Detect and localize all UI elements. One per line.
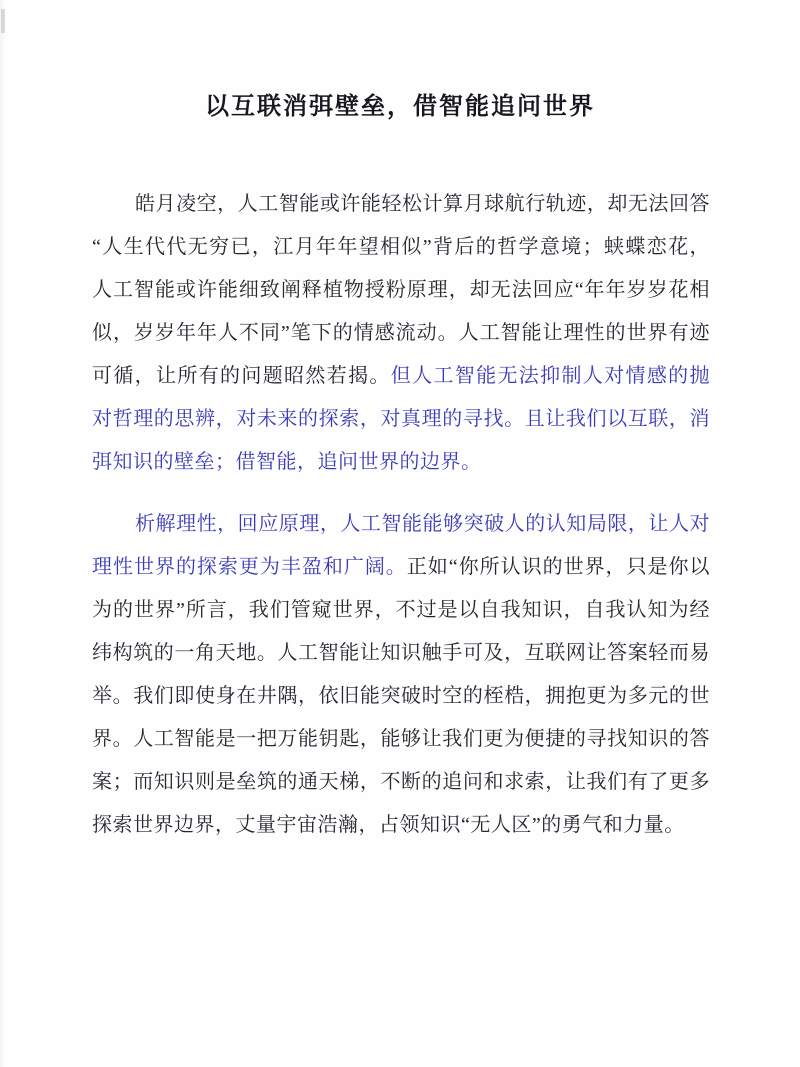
text-line: 举。我们即使身在井隅，依旧能突破时空的桎梏，拥抱更为多元的世 [92, 675, 710, 718]
text-segment: 皓月凌空，人工智能或许能轻松计算月球航行轨迹，却无法回答 [135, 193, 710, 215]
text-line: 弭知识的壁垒；借智能，追问世界的边界。 [92, 441, 710, 484]
text-segment: 人工智能或许能细致阐释植物授粉原理，却无法回应“年年岁岁花相 [92, 279, 710, 301]
text-segment: 探索世界边界，丈量宇宙浩瀚，占领知识“无人区”的勇气和力量。 [92, 814, 685, 836]
text-line: 对哲理的思辨，对未来的探索，对真理的寻找。且让我们以互联，消 [92, 398, 710, 441]
text-line: 似，岁岁年年人不同”笔下的情感流动。人工智能让理性的世界有迹 [92, 312, 710, 355]
scan-corner-mark [1, 9, 5, 33]
text-segment: 似，岁岁年年人不同”笔下的情感流动。人工智能让理性的世界有迹 [92, 322, 710, 344]
text-segment: 为的世界”所言，我们管窥世界，不过是以自我知识，自我认知为经 [92, 599, 710, 621]
text-segment: 可循，让所有的问题昭然若揭。 [92, 365, 391, 387]
text-segment: 界。人工智能是一把万能钥匙，能够让我们更为便捷的寻找知识的答 [92, 728, 710, 750]
text-line: 界。人工智能是一把万能钥匙，能够让我们更为便捷的寻找知识的答 [92, 718, 710, 761]
text-line: 案；而知识则是垒筑的通天梯，不断的追问和求索，让我们有了更多 [92, 761, 710, 804]
text-line: 探索世界边界，丈量宇宙浩瀚，占领知识“无人区”的勇气和力量。 [92, 804, 710, 847]
scan-edge-shadow [0, 0, 6, 1067]
text-segment: 纬构筑的一角天地。人工智能让知识触手可及，互联网让答案轻而易 [92, 642, 710, 664]
text-line: 人工智能或许能细致阐释植物授粉原理，却无法回应“年年岁岁花相 [92, 269, 710, 312]
text-segment: 举。我们即使身在井隅，依旧能突破时空的桎梏，拥抱更为多元的世 [92, 685, 710, 707]
highlighted-text-segment: 对哲理的思辨，对未来的探索，对真理的寻找。且让我们以互联，消 [92, 408, 710, 430]
text-line: 理性世界的探索更为丰盈和广阔。正如“你所认识的世界，只是你以 [92, 546, 710, 589]
essay-body: 皓月凌空，人工智能或许能轻松计算月球航行轨迹，却无法回答“人生代代无穷已，江月年… [92, 183, 710, 847]
text-line: 可循，让所有的问题昭然若揭。但人工智能无法抑制人对情感的抛问， [92, 355, 710, 398]
highlighted-text-segment: 析解理性，回应原理，人工智能能够突破人的认知局限，让人对 [135, 513, 710, 535]
text-segment: “人生代代无穷已，江月年年望相似”背后的哲学意境；蛱蝶恋花， [92, 236, 710, 258]
document-page: 以互联消弭壁垒，借智能追问世界 皓月凌空，人工智能或许能轻松计算月球航行轨迹，却… [0, 0, 800, 1067]
text-segment: 案；而知识则是垒筑的通天梯，不断的追问和求索，让我们有了更多 [92, 771, 710, 793]
highlighted-text-segment: 理性世界的探索更为丰盈和广阔。 [92, 556, 407, 578]
essay-paragraph: 皓月凌空，人工智能或许能轻松计算月球航行轨迹，却无法回答“人生代代无穷已，江月年… [92, 183, 710, 484]
text-line: 为的世界”所言，我们管窥世界，不过是以自我知识，自我认知为经 [92, 589, 710, 632]
text-segment: 正如“你所认识的世界，只是你以 [407, 556, 710, 578]
essay-title: 以互联消弭壁垒，借智能追问世界 [0, 86, 800, 121]
highlighted-text-segment: 弭知识的壁垒；借智能，追问世界的边界。 [92, 451, 482, 473]
text-line: 纬构筑的一角天地。人工智能让知识触手可及，互联网让答案轻而易 [92, 632, 710, 675]
essay-paragraph: 析解理性，回应原理，人工智能能够突破人的认知局限，让人对理性世界的探索更为丰盈和… [92, 503, 710, 847]
text-line: “人生代代无穷已，江月年年望相似”背后的哲学意境；蛱蝶恋花， [92, 226, 710, 269]
text-line: 皓月凌空，人工智能或许能轻松计算月球航行轨迹，却无法回答 [92, 183, 710, 226]
text-line: 析解理性，回应原理，人工智能能够突破人的认知局限，让人对 [92, 503, 710, 546]
